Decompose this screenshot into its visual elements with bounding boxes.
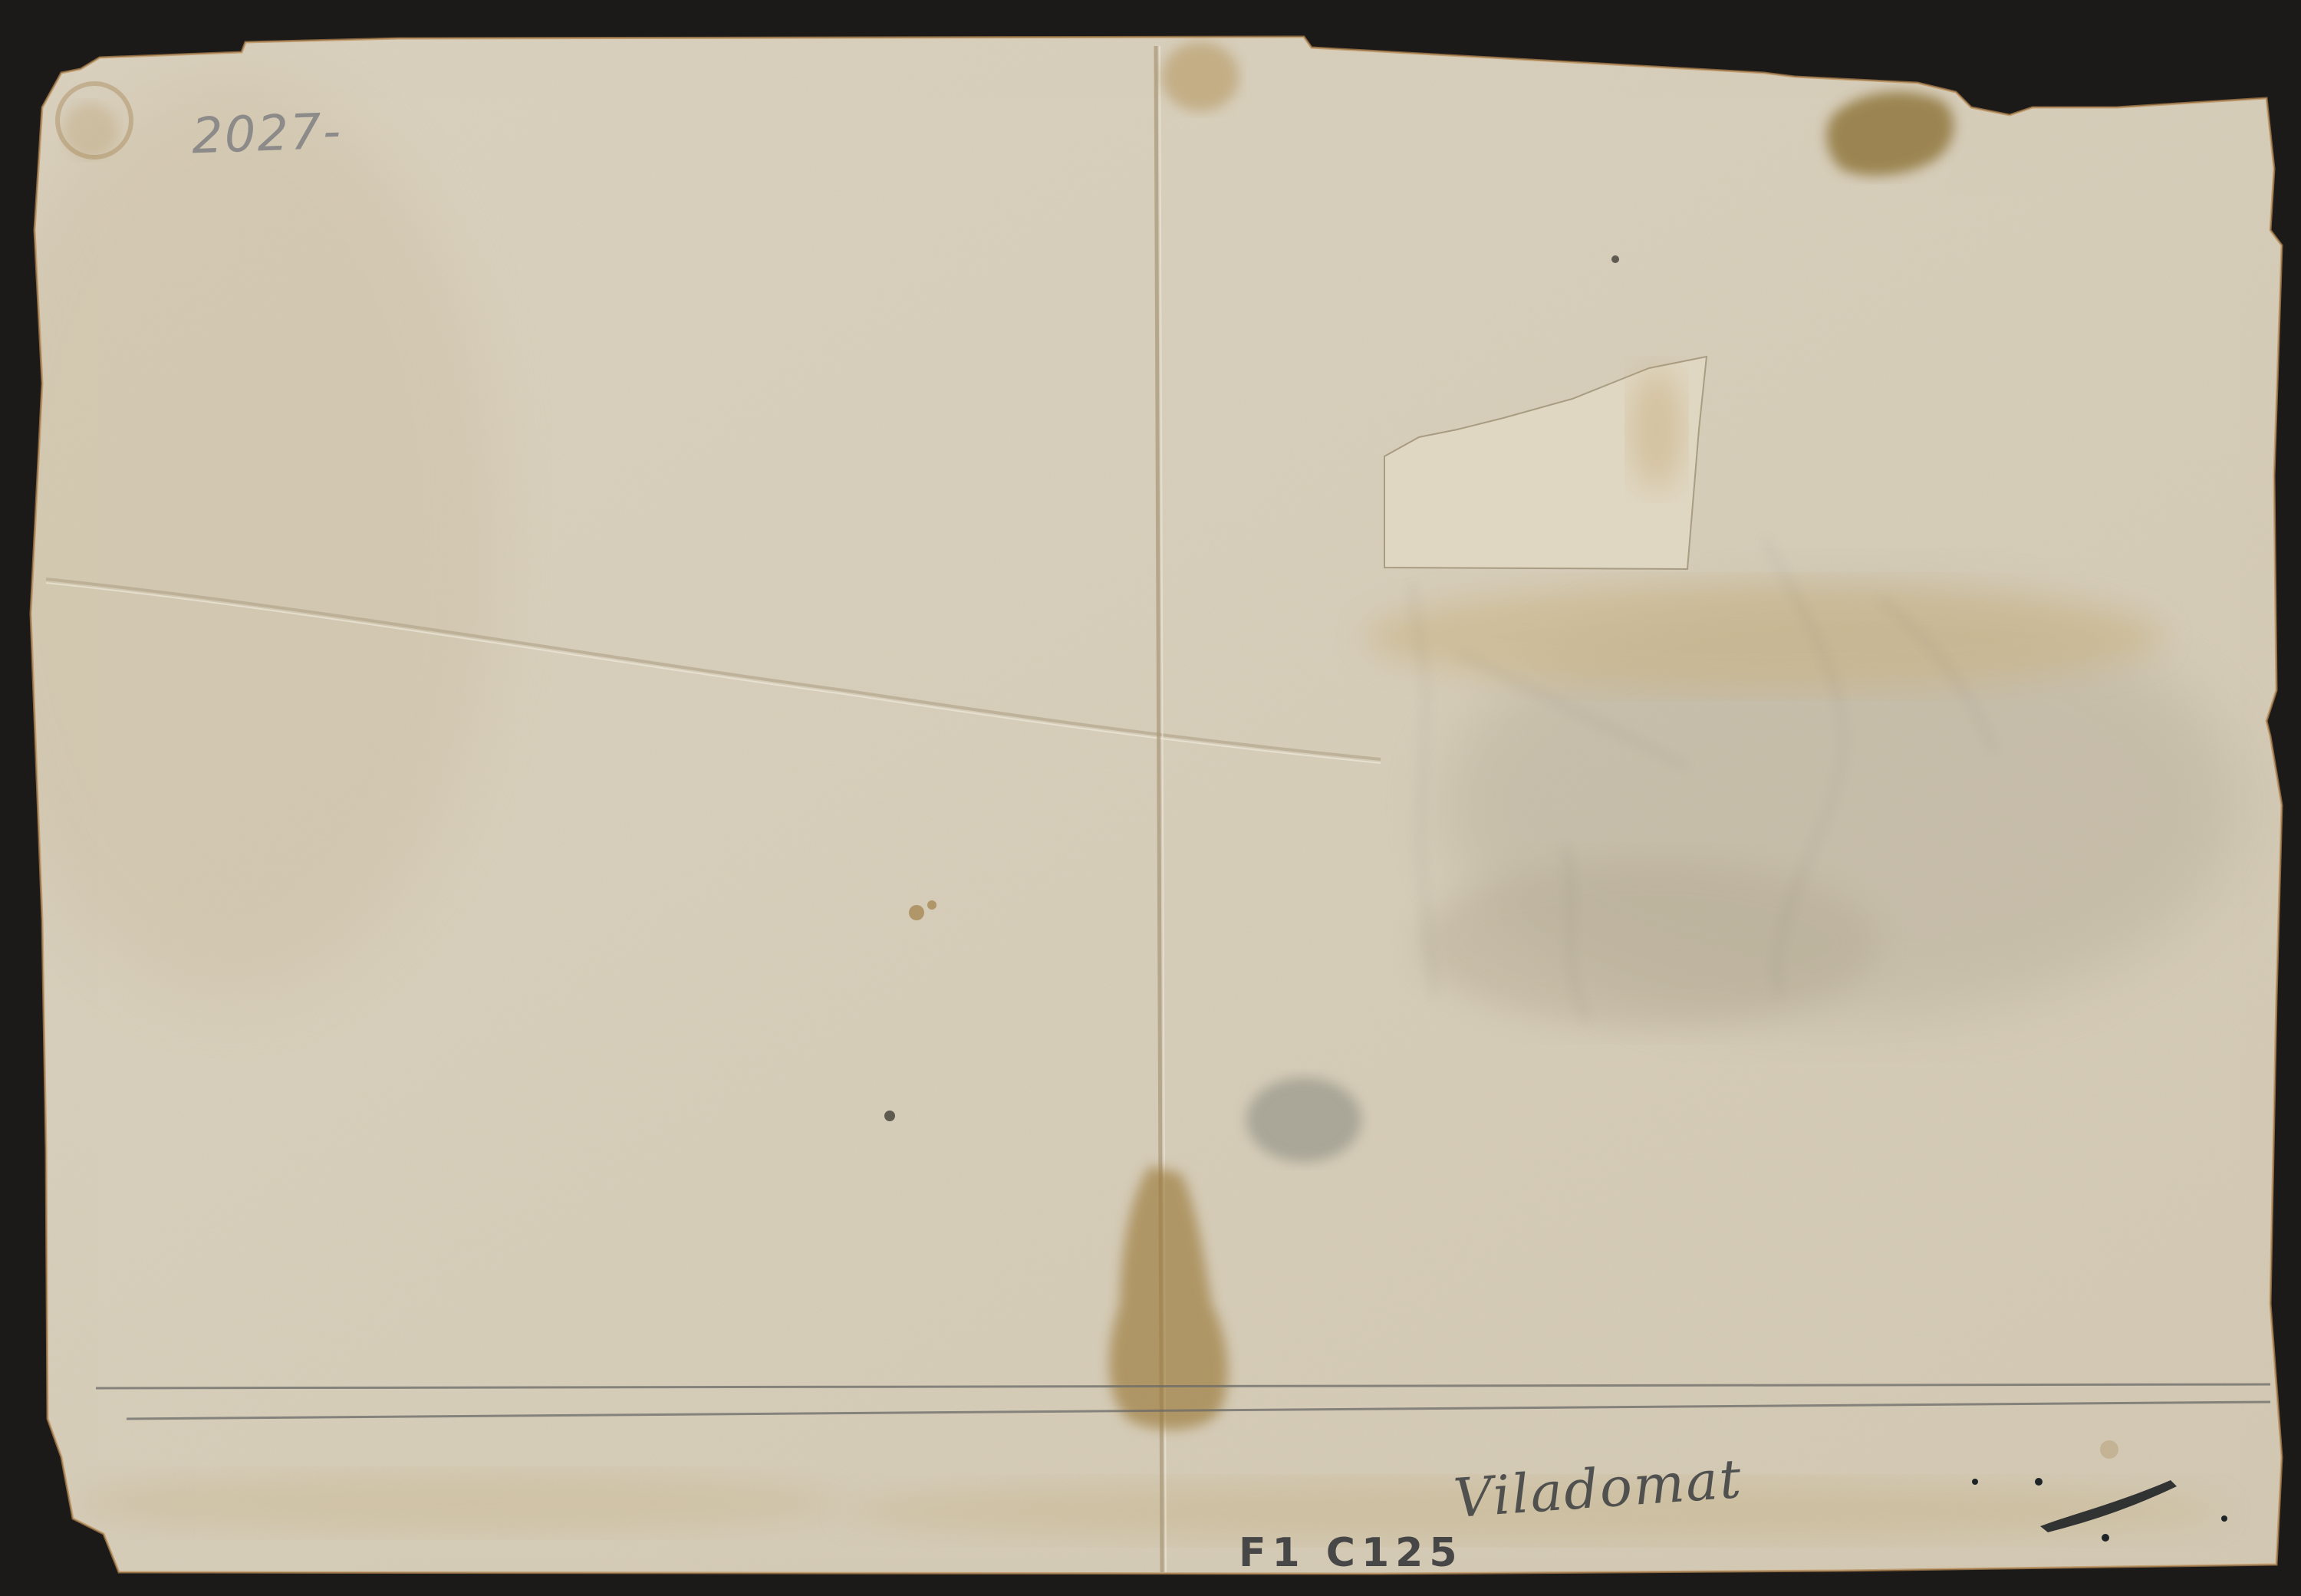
inventory-number-annotation: 2027- — [191, 104, 343, 166]
paper-sheet — [0, 0, 2301, 1596]
box-code-annotation: F1 C125 — [1239, 1530, 1463, 1576]
photo-stage: 2027- Viladomat F1 C125 — [0, 0, 2301, 1596]
